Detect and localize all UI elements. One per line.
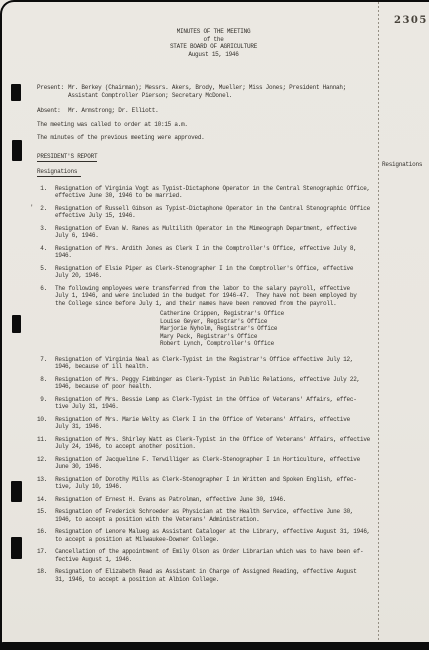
resignation-item: 15. Resignation of Frederick Schroeder a… — [37, 508, 378, 523]
resignation-item: 4. Resignation of Mrs. Ardith Jones as C… — [37, 245, 378, 260]
resignation-item: 8. Resignation of Mrs. Peggy Fimbinger a… — [37, 376, 378, 391]
item-text-wrap: Cancellation of the appointment of Emily… — [55, 548, 378, 563]
call-to-order-line: The meeting was called to order at 10:15… — [37, 121, 378, 129]
present-label: Present: — [37, 84, 64, 99]
minutes-approved-line: The minutes of the previous meeting were… — [37, 134, 378, 142]
item-text-wrap: Resignation of Elsie Piper as Clerk-Sten… — [55, 265, 378, 280]
item-number: 11. — [37, 436, 47, 451]
item-text: Resignation of Virginia Neal as Clerk-Ty… — [55, 356, 353, 371]
item-text: The following employees were transferred… — [55, 285, 357, 307]
meeting-title-block: MINUTES OF THE MEETING of the STATE BOAR… — [43, 28, 384, 58]
item-number: 16. — [37, 528, 47, 543]
presidents-report-heading: PRESIDENT'S REPORT — [37, 153, 97, 162]
item-number: 6. — [37, 285, 47, 351]
item-number: 12. — [37, 456, 47, 471]
meeting-title-line3: STATE BOARD OF AGRICULTURE — [43, 43, 384, 51]
resignation-item: 3. Resignation of Evan W. Ranes as Multi… — [37, 225, 378, 240]
resignations-subheading-row: Resignations — [37, 168, 378, 177]
item-text-wrap: Resignation of Mrs. Ardith Jones as Cler… — [55, 245, 378, 260]
absent-label: Absent: — [37, 107, 64, 115]
item-number: 1. — [37, 185, 47, 200]
item-text-wrap: Resignation of Virginia Vogt as Typist-D… — [55, 185, 378, 200]
item-number: 14. — [37, 496, 47, 504]
resignation-item: 13. Resignation of Dorothy Mills as Cler… — [37, 476, 378, 491]
item-text: Cancellation of the appointment of Emily… — [55, 548, 363, 563]
item-number: 5. — [37, 265, 47, 280]
item-text-wrap: Resignation of Evan W. Ranes as Multilit… — [55, 225, 378, 240]
item-sublist: Catherine Crippen, Registrar's Office Lo… — [160, 310, 378, 348]
item-text: Resignation of Russell Gibson as Typist-… — [55, 205, 370, 220]
item-text-wrap: Resignation of Ernest H. Evans as Patrol… — [55, 496, 378, 504]
item-text-wrap: Resignation of Mrs. Shirley Watt as Cler… — [55, 436, 378, 451]
item-text-wrap: Resignation of Dorothy Mills as Clerk-St… — [55, 476, 378, 491]
item-text-wrap: Resignation of Mrs. Bessie Lemp as Clerk… — [55, 396, 378, 411]
resignation-item: 11. Resignation of Mrs. Shirley Watt as … — [37, 436, 378, 451]
item-text: Resignation of Dorothy Mills as Clerk-St… — [55, 476, 357, 491]
item-text-wrap: Resignation of Russell Gibson as Typist-… — [55, 205, 378, 220]
item-number: 18. — [37, 568, 47, 583]
item-number: 3. — [37, 225, 47, 240]
resignation-item: 6. The following employees were transfer… — [37, 285, 378, 351]
meeting-title-line2: of the — [43, 36, 384, 44]
item-text: Resignation of Lenore Malueg as Assistan… — [55, 528, 370, 543]
resignation-item: 9. Resignation of Mrs. Bessie Lemp as Cl… — [37, 396, 378, 411]
item-text: Resignation of Mrs. Peggy Fimbinger as C… — [55, 376, 360, 391]
item-text-wrap: Resignation of Jacqueline F. Terwilliger… — [55, 456, 378, 471]
item-text: Resignation of Mrs. Shirley Watt as Cler… — [55, 436, 370, 451]
item-number: 4. — [37, 245, 47, 260]
resignation-item: ' 2. Resignation of Russell Gibson as Ty… — [37, 205, 378, 220]
resignation-item: 14. Resignation of Ernest H. Evans as Pa… — [37, 496, 378, 504]
meeting-date: August 15, 1946 — [43, 51, 384, 59]
item-text: Resignation of Mrs. Ardith Jones as Cler… — [55, 245, 357, 260]
item-number: 9. — [37, 396, 47, 411]
item-text-wrap: Resignation of Elizabeth Read as Assista… — [55, 568, 378, 583]
resignation-item: 7. Resignation of Virginia Neal as Clerk… — [37, 356, 378, 371]
scan-edge-bottom — [0, 642, 429, 650]
item-number: 7. — [37, 356, 47, 371]
resignation-list: 1. Resignation of Virginia Vogt as Typis… — [37, 185, 378, 584]
meeting-title-line1: MINUTES OF THE MEETING — [43, 28, 384, 36]
item-text: Resignation of Mrs. Marie Welty as Clerk… — [55, 416, 350, 431]
item-text-wrap: The following employees were transferred… — [55, 285, 378, 351]
item-text: Resignation of Evan W. Ranes as Multilit… — [55, 225, 357, 240]
item-text-wrap: Resignation of Frederick Schroeder as Ph… — [55, 508, 378, 523]
item-text-wrap: Resignation of Lenore Malueg as Assistan… — [55, 528, 378, 543]
resignation-item: 18. Resignation of Elizabeth Read as Ass… — [37, 568, 378, 583]
resignations-subheading: Resignations — [37, 168, 81, 177]
item-text-wrap: Resignation of Virginia Neal as Clerk-Ty… — [55, 356, 378, 371]
attendance-absent-row: Absent: Mr. Armstrong; Dr. Elliott. — [37, 107, 378, 115]
item-number: 13. — [37, 476, 47, 491]
item-number: 17. — [37, 548, 47, 563]
item-text: Resignation of Frederick Schroeder as Ph… — [55, 508, 353, 523]
document-body: MINUTES OF THE MEETING of the STATE BOAR… — [0, 0, 429, 588]
present-names: Mr. Berkey (Chairman); Messrs. Akers, Br… — [68, 84, 346, 99]
item-text: Resignation of Virginia Vogt as Typist-D… — [55, 185, 370, 200]
item-text-wrap: Resignation of Mrs. Marie Welty as Clerk… — [55, 416, 378, 431]
item-number: 15. — [37, 508, 47, 523]
item-text: Resignation of Mrs. Bessie Lemp as Clerk… — [55, 396, 357, 411]
attendance-present-row: Present: Mr. Berkey (Chairman); Messrs. … — [37, 84, 378, 99]
item-text-wrap: Resignation of Mrs. Peggy Fimbinger as C… — [55, 376, 378, 391]
item-text: Resignation of Jacqueline F. Terwilliger… — [55, 456, 360, 471]
resignation-item: 16. Resignation of Lenore Malueg as Assi… — [37, 528, 378, 543]
resignation-item: 1. Resignation of Virginia Vogt as Typis… — [37, 185, 378, 200]
item-text: Resignation of Ernest H. Evans as Patrol… — [55, 496, 286, 503]
item-margin-mark: ' — [30, 204, 33, 212]
item-text: Resignation of Elizabeth Read as Assista… — [55, 568, 357, 583]
absent-names: Mr. Armstrong; Dr. Elliott. — [68, 107, 158, 115]
presidents-report-heading-row: PRESIDENT'S REPORT — [37, 153, 378, 162]
item-number: 2. — [37, 205, 47, 220]
item-text: Resignation of Elsie Piper as Clerk-Sten… — [55, 265, 353, 280]
resignation-item: 12. Resignation of Jacqueline F. Terwill… — [37, 456, 378, 471]
resignation-item: 10. Resignation of Mrs. Marie Welty as C… — [37, 416, 378, 431]
item-number: 8. — [37, 376, 47, 391]
resignation-item: 17. Cancellation of the appointment of E… — [37, 548, 378, 563]
resignation-item: 5. Resignation of Elsie Piper as Clerk-S… — [37, 265, 378, 280]
scanned-page: 2305 Resignations MINUTES OF THE MEETING… — [0, 0, 429, 650]
item-number: 10. — [37, 416, 47, 431]
